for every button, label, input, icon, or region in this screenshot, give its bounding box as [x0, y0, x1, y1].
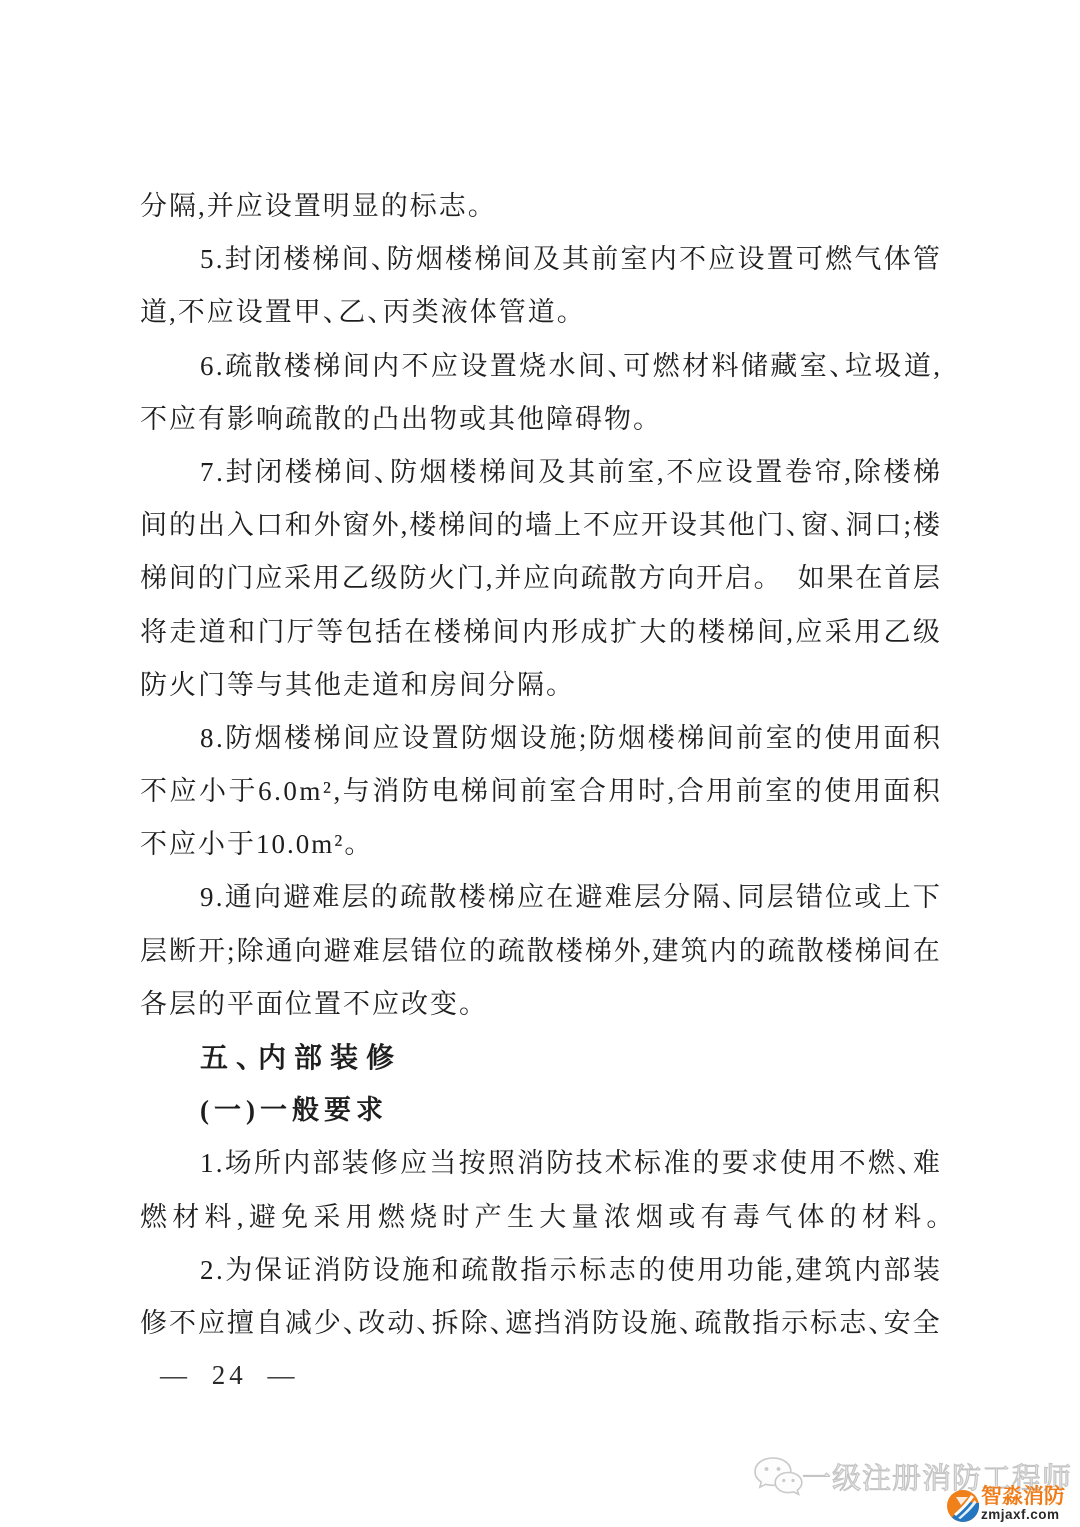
- text-line: 8.防烟楼梯间应设置防烟设施;防烟楼梯间前室的使用面积: [140, 712, 940, 765]
- text-line: 不应小于10.0m²。: [140, 818, 940, 871]
- text-line: 分隔,并应设置明显的标志。: [140, 180, 940, 233]
- brand-text: 智淼消防 zmjaxf.com: [981, 1486, 1065, 1523]
- text-line: 间的出入口和外窗外,楼梯间的墙上不应开设其他门、窗、洞口;楼: [140, 499, 940, 552]
- text-line: 各层的平面位置不应改变。: [140, 978, 940, 1031]
- text-line: 防火门等与其他走道和房间分隔。: [140, 659, 940, 712]
- text-line: 5.封闭楼梯间、防烟楼梯间及其前室内不应设置可燃气体管: [140, 233, 940, 286]
- zhimiao-logo-icon: [946, 1489, 980, 1523]
- text-line: 7.封闭楼梯间、防烟楼梯间及其前室,不应设置卷帘,除楼梯: [140, 446, 940, 499]
- brand-url: zmjaxf.com: [981, 1507, 1065, 1523]
- text-line: 不应有影响疏散的凸出物或其他障碍物。: [140, 393, 940, 446]
- text-line: 道,不应设置甲、乙、丙类液体管道。: [140, 286, 940, 339]
- text-line: 梯间的门应采用乙级防火门,并应向疏散方向开启。 如果在首层: [140, 552, 940, 605]
- document-lines: 分隔,并应设置明显的标志。5.封闭楼梯间、防烟楼梯间及其前室内不应设置可燃气体管…: [140, 180, 940, 1350]
- brand-name: 智淼消防: [981, 1486, 1065, 1507]
- document-page: 分隔,并应设置明显的标志。5.封闭楼梯间、防烟楼梯间及其前室内不应设置可燃气体管…: [0, 0, 1080, 1527]
- text-line: 9.通向避难层的疏散楼梯应在避难层分隔、同层错位或上下: [140, 871, 940, 924]
- text-line: 修不应擅自减少、改动、拆除、遮挡消防设施、疏散指示标志、安全: [140, 1297, 940, 1350]
- section-heading: (一)一般要求: [140, 1084, 940, 1137]
- text-line: 1.场所内部装修应当按照消防技术标准的要求使用不燃、难: [140, 1137, 940, 1190]
- text-line: 将走道和门厅等包括在楼梯间内形成扩大的楼梯间,应采用乙级: [140, 606, 940, 659]
- text-line: 层断开;除通向避难层错位的疏散楼梯外,建筑内的疏散楼梯间在: [140, 925, 940, 978]
- text-line: 燃材料,避免采用燃烧时产生大量浓烟或有毒气体的材料。: [140, 1191, 940, 1244]
- text-line: 2.为保证消防设施和疏散指示标志的使用功能,建筑内部装: [140, 1244, 940, 1297]
- text-line: 6.疏散楼梯间内不应设置烧水间、可燃材料储藏室、垃圾道,: [140, 340, 940, 393]
- text-line: 不应小于6.0m²,与消防电梯间前室合用时,合用前室的使用面积: [140, 765, 940, 818]
- wechat-icon: [752, 1455, 804, 1501]
- section-heading: 五、内部装修: [140, 1031, 940, 1084]
- page-number: — 24 —: [160, 1349, 299, 1402]
